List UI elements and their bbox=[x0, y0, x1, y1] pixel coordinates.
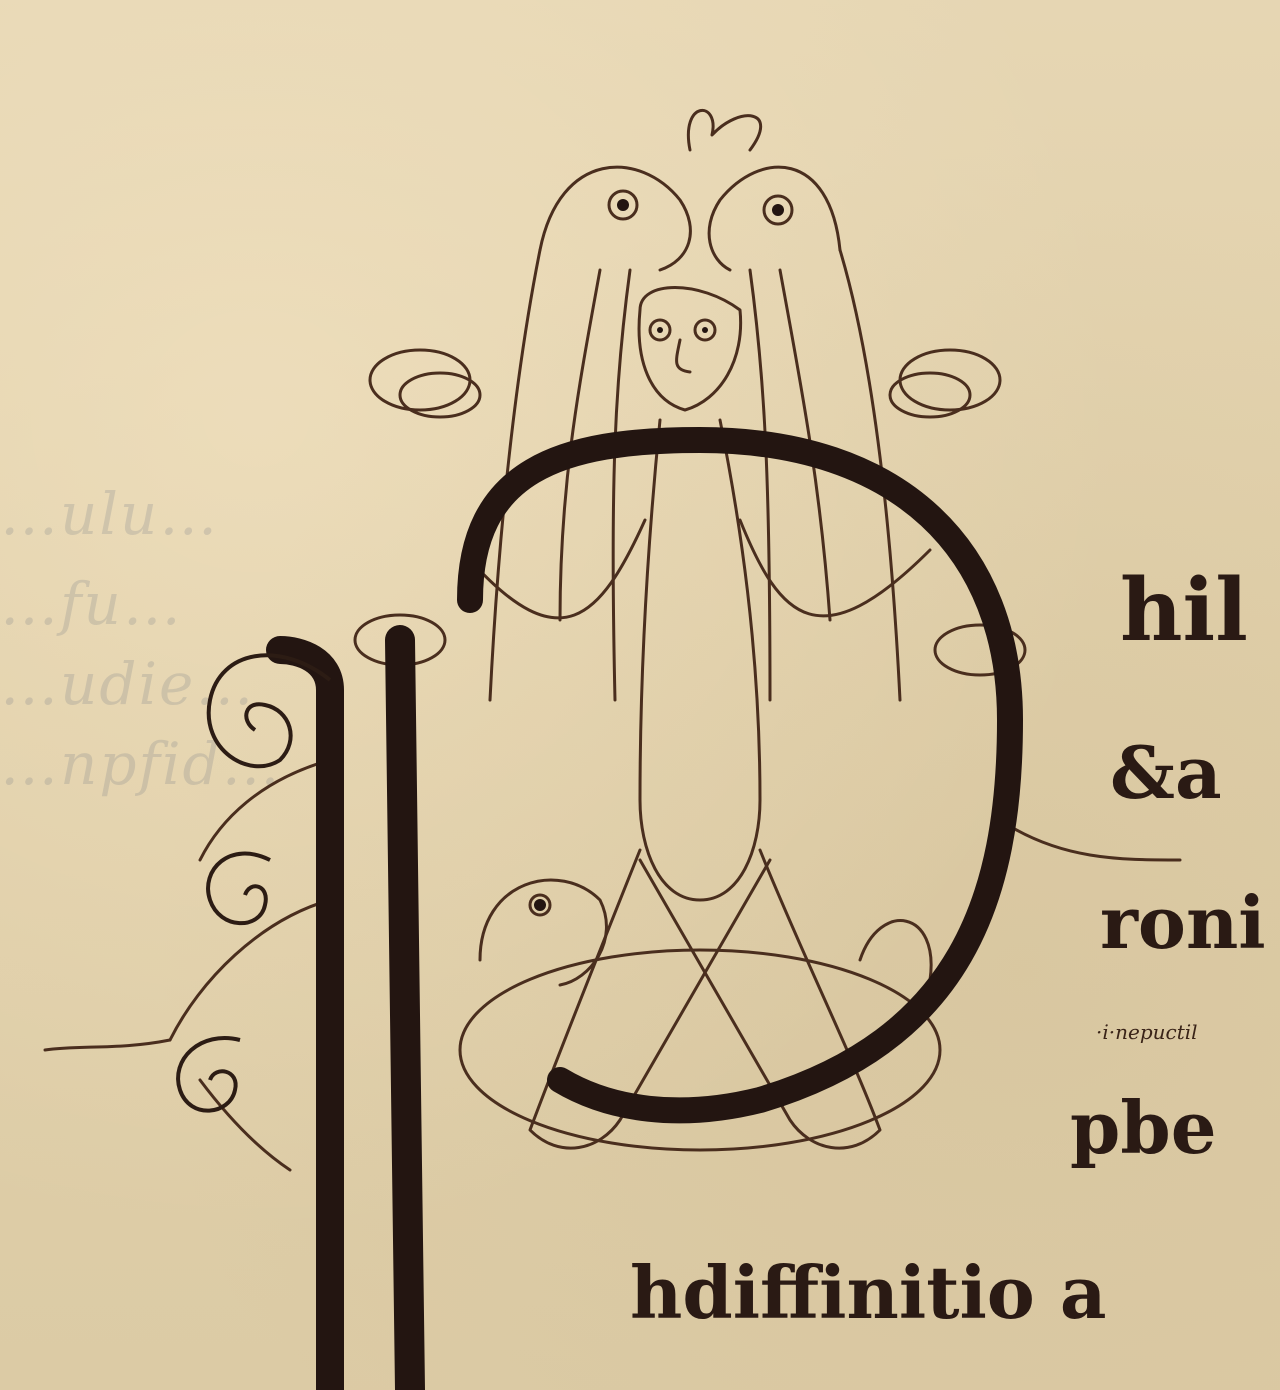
p-stem bbox=[400, 640, 410, 1390]
historiated-initial-p bbox=[0, 0, 1280, 1390]
manuscript-page: …ulu… …fu… …udie… …npfid… bbox=[0, 0, 1280, 1390]
right-bird-head bbox=[709, 167, 840, 270]
text-line-5: hdiffinitio a bbox=[630, 1250, 1107, 1335]
interlinear-gloss: ·i·nepuctil bbox=[1096, 1020, 1198, 1044]
left-bird-head bbox=[540, 167, 690, 270]
text-line-3: roni bbox=[1100, 880, 1266, 965]
top-knot-ornament bbox=[688, 110, 760, 150]
p-left-stroke bbox=[280, 650, 330, 1390]
spiral-bottom bbox=[178, 1038, 240, 1111]
text-line-2: &a bbox=[1110, 730, 1222, 815]
spiral-middle bbox=[208, 854, 270, 924]
face-outline bbox=[639, 288, 741, 411]
text-line-1: hil bbox=[1120, 560, 1248, 661]
text-line-4: pbe bbox=[1070, 1085, 1217, 1170]
